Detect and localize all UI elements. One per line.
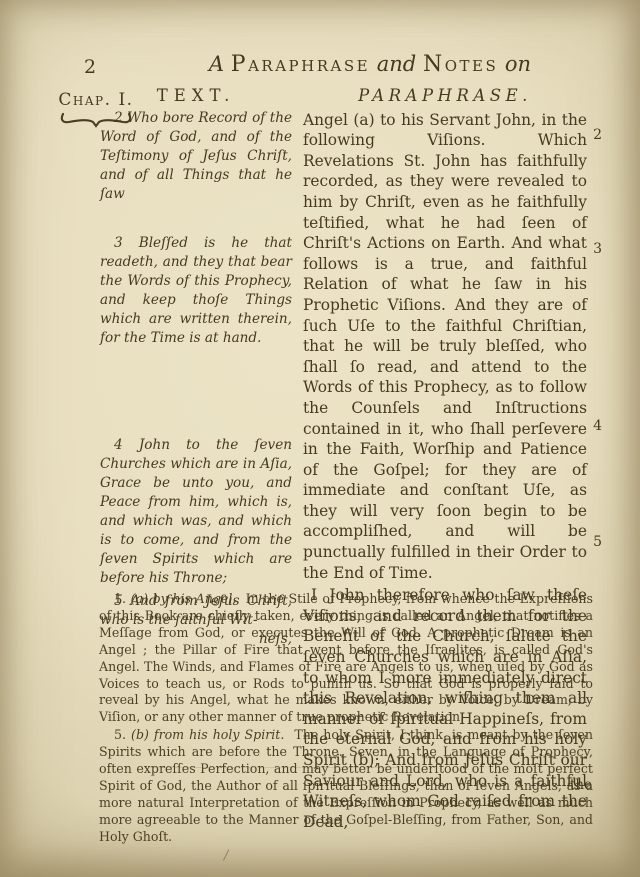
paraphrase-column-header: PARAPHRASE. xyxy=(303,86,587,107)
running-title: A Paraphrase and Notes on xyxy=(150,52,590,77)
margin-verse-number-4: 4 xyxy=(593,416,602,437)
book-page: 2 A Paraphrase and Notes on Chap. I. TEX… xyxy=(0,0,640,877)
title-word-a: A xyxy=(209,52,224,76)
footnote-2-text: The holy Spirit, I think, is meant by th… xyxy=(99,727,593,843)
stray-ink-mark: / xyxy=(224,848,228,863)
page-number: 2 xyxy=(84,56,97,78)
footnote-2-number: 5. xyxy=(114,727,131,742)
text-column-header: TEXT. xyxy=(100,86,292,105)
paraphrase-paragraph-1: Angel (a) to his Servant John, in the fo… xyxy=(303,110,587,584)
faint-rule xyxy=(150,767,400,768)
text-verse-2: 2 Who bore Record of the Word of God, an… xyxy=(100,109,292,204)
margin-verse-number-5: 5 xyxy=(593,532,602,553)
footnote-1-lead: (a) by his Angel. xyxy=(131,591,246,606)
footnote-1: 1.(a) by his Angel.In the Stile of Proph… xyxy=(99,591,593,726)
margin-verse-number-2: 2 xyxy=(593,125,602,146)
text-verse-3: 3 Bleſſed is he that readeth, and they t… xyxy=(100,234,292,348)
footnotes: 1.(a) by his Angel.In the Stile of Proph… xyxy=(99,591,593,847)
catchword: the xyxy=(570,777,592,793)
footnote-1-text: In the Stile of Prophecy, from whence th… xyxy=(99,591,593,724)
footnote-2-lead: (b) from his holy Spirit. xyxy=(131,727,294,742)
title-word-paraphrase: Paraphrase xyxy=(231,52,370,77)
title-word-and: and xyxy=(377,52,417,76)
footnote-1-number: 1. xyxy=(114,591,131,606)
footnote-2: 5.(b) from his holy Spirit.The holy Spir… xyxy=(99,727,593,845)
margin-verse-number-3: 3 xyxy=(593,239,602,260)
title-word-notes: Notes xyxy=(423,52,498,77)
title-word-on: on xyxy=(505,52,531,76)
text-verse-4: 4 John to the ſeven Churches which are i… xyxy=(100,436,292,588)
